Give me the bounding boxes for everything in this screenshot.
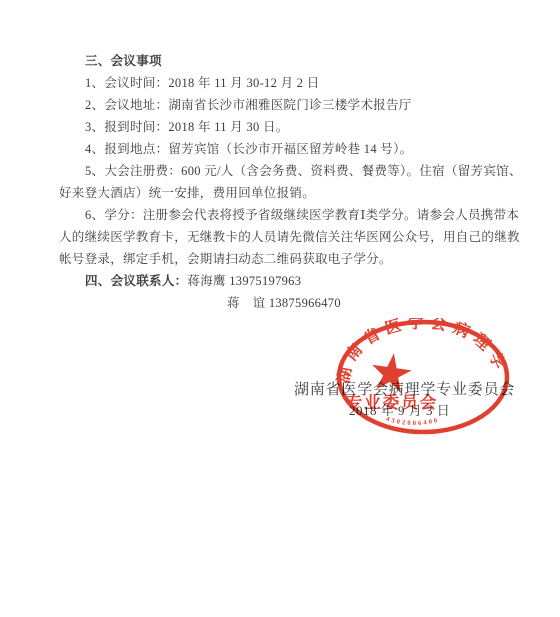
seal-inner-text: 专业委员会 xyxy=(346,392,439,412)
contact-line-2: 蒋 谊 13875966470 xyxy=(59,292,502,314)
document-page: 三、会议事项 1、会议时间：2018 年 11 月 30-12 月 2 日 2、… xyxy=(0,0,560,617)
official-seal: 湖南省医学会病理学 专业委员会 4302006400 xyxy=(334,318,512,438)
seal-serial-group: 4302006400 xyxy=(385,416,440,427)
meeting-address-line: 2、会议地址：湖南省长沙市湘雅医院门诊三楼学术报告厅 xyxy=(59,94,502,116)
credits-line-3: 帐号登录，绑定手机，会期请扫动态二维码获取电子学分。 xyxy=(59,248,502,270)
credits-line-2: 人的继续医学教育卡，无继教卡的人员请先微信关注华医网公众号，用自己的继教 xyxy=(59,226,502,248)
section-heading: 三、会议事项 xyxy=(59,50,502,72)
credits-line: 6、学分：注册参会代表将授予省级继续医学教育Ⅰ类学分。请参会人员携带本 xyxy=(59,204,502,226)
contact-line-1: 四、会议联系人：蒋海鹰 13975197963 xyxy=(59,270,502,292)
seal-star-icon xyxy=(369,350,414,393)
checkin-place-line: 4、报到地点：留芳宾馆（长沙市开福区留芳岭巷 14 号）。 xyxy=(59,138,502,160)
seal-serial-number: 4302006400 xyxy=(385,416,440,427)
seal-arc-text: 湖南省医学会病理学 xyxy=(335,318,512,385)
notice-body: 三、会议事项 1、会议时间：2018 年 11 月 30-12 月 2 日 2、… xyxy=(59,50,502,314)
meeting-time-line: 1、会议时间：2018 年 11 月 30-12 月 2 日 xyxy=(59,72,502,94)
contact-label: 四、会议联系人： xyxy=(85,274,187,288)
contact-1-value: 蒋海鹰 13975197963 xyxy=(187,274,301,288)
seal-arc-text-group: 湖南省医学会病理学 xyxy=(335,318,512,385)
registration-fee-line-2: 好来登大酒店）统一安排，费用回单位报销。 xyxy=(59,182,502,204)
registration-fee-line: 5、大会注册费：600 元/人（含会务费、资料费、餐费等）。住宿（留芳宾馆、 xyxy=(59,160,502,182)
checkin-time-line: 3、报到时间：2018 年 11 月 30 日。 xyxy=(59,116,502,138)
